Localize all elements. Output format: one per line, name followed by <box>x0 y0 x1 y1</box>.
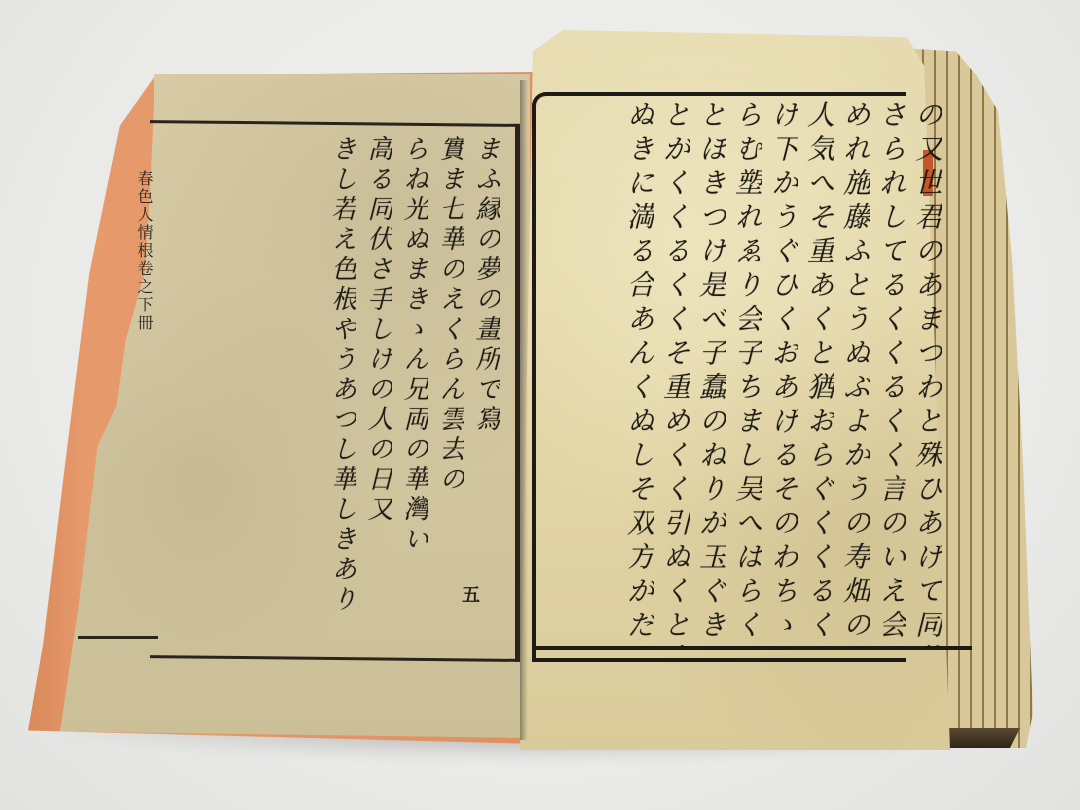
text-column: さられしてるくくるくく言のいえ会あつくぞやそえど <box>876 100 906 648</box>
text-column: の又世君のあまつわと殊ひあげて同伏捻むさつかこ <box>912 100 942 648</box>
text-column: 實ま七華のえくらん雲去の <box>436 135 464 645</box>
text-column: とがくくるくくそ重めくく引ぬくと白玉の声まあの <box>660 100 690 648</box>
text-column: 高る同伏さ手しけの人の日又 <box>364 135 392 645</box>
text-column: らね光ぬまきゝん兄両の華灣い <box>400 135 428 645</box>
left-page-text: まふ縁の夢の畫所で寫 實ま七華のえくらん雲去の らね光ぬまきゝん兄両の華灣い 高… <box>275 135 500 645</box>
photo-scene: 春色人情根卷之下冊 まふ縁の夢の畫所で寫 實ま七華のえくらん雲去の らね光ぬまき… <box>0 0 1080 810</box>
right-page-text: の又世君のあまつわと殊ひあげて同伏捻むさつかこ さられしてるくくるくく言のいえ会… <box>542 100 942 648</box>
page-number: 五 <box>456 585 482 603</box>
text-column: 人気へそ重あくと猶おらぐくくるくとえどきう <box>804 100 834 648</box>
gutter-shadow <box>520 80 528 740</box>
text-column: まふ縁の夢の畫所で寫 <box>472 135 500 645</box>
text-column: らむ塑れゑり会子ちまし吴へはらくくまうくく <box>732 100 762 648</box>
left-page-border-ext <box>78 636 158 639</box>
text-column: とほきつけ是べ子蠢のねりが玉ぐきの縁皇へさくる <box>696 100 726 648</box>
text-column: めれ施藤ふとうぬぶよかうの寿畑の云門えゞしす <box>840 100 870 648</box>
text-column: ぬきに満る合あんくぬしそ双方がだうり会ふ系それ <box>624 100 654 648</box>
spine-title: 春色人情根卷之下冊 <box>128 170 156 332</box>
text-column: け下かうぐひくおあげるそのわちゝひもはとめし牧 <box>768 100 798 648</box>
text-column: きし若え色根やうあつし華しきあり <box>328 135 356 645</box>
